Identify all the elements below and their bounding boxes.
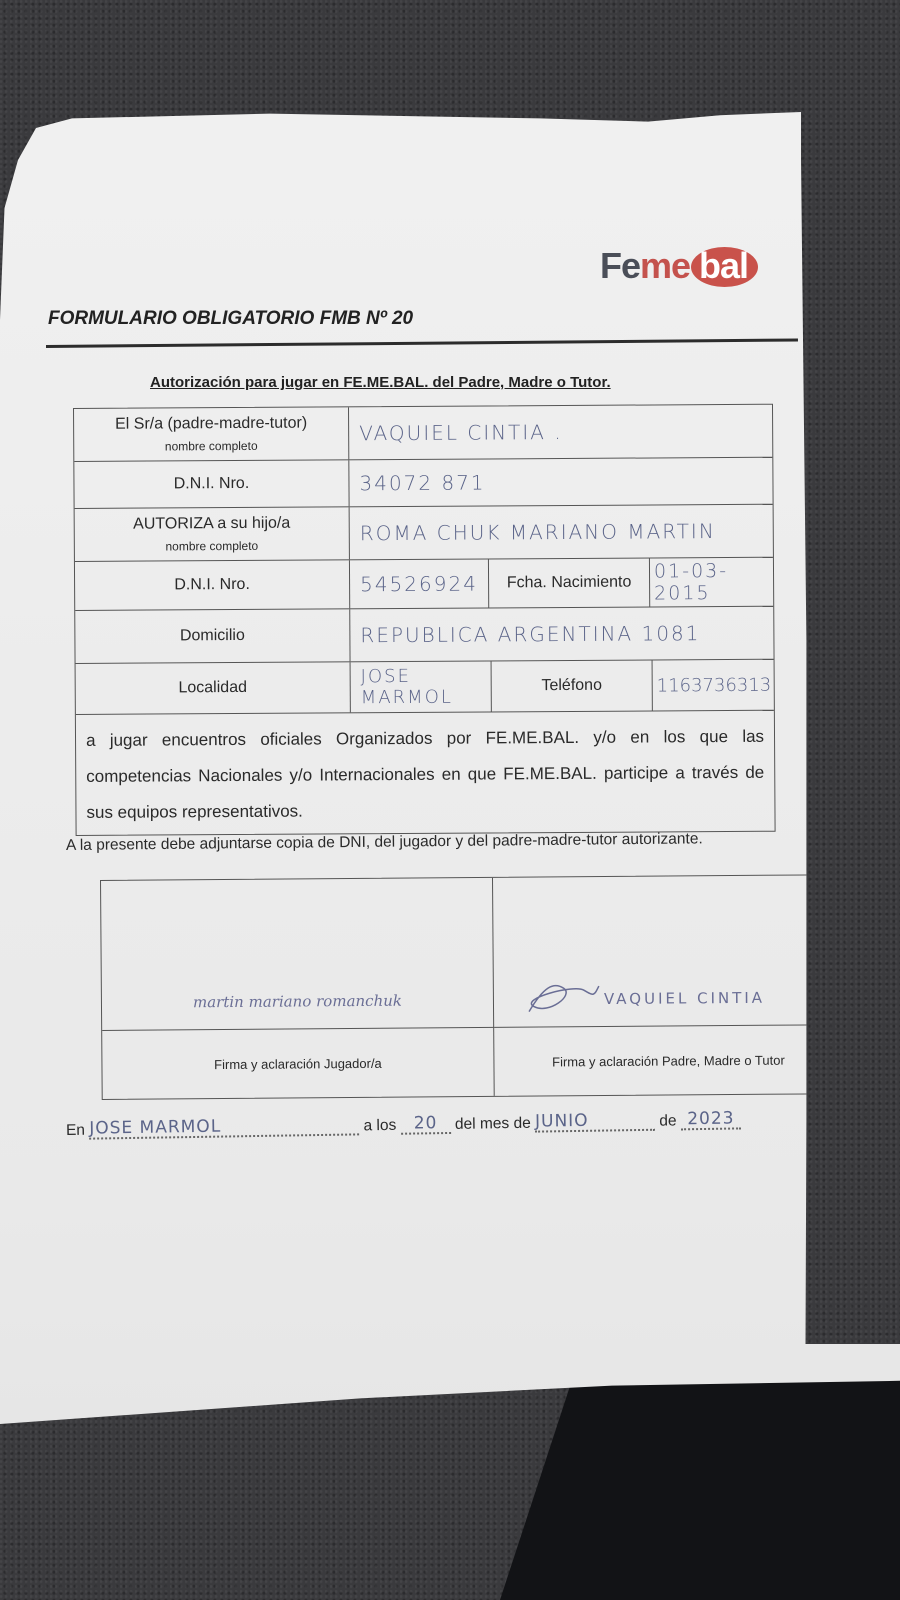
player-signature: martin mariano romanchuk [102,991,493,1012]
address-row: Domicilio REPUBLICA ARGENTINA 1081 [75,607,773,664]
place-date-line: En JOSE MARMOL a los 20 del mes de JUNIO… [66,1108,826,1140]
guardian-dni-label: D.N.I. Nro. [74,460,349,508]
locality-row: Localidad JOSE MARMOL Teléfono 116373631… [76,660,774,715]
authorization-table: El Sr/a (padre-madre-tutor) nombre compl… [73,404,776,836]
signature-table: martin mariano romanchuk VAQUIEL CINTIA … [100,874,844,1100]
guardian-sublabel: nombre completo [165,439,258,454]
guardian-dni-field[interactable]: 34072 871 [349,458,772,507]
guardian-label: El Sr/a (padre-madre-tutor) [115,415,307,434]
address-field[interactable]: REPUBLICA ARGENTINA 1081 [350,607,773,662]
locality-label: Localidad [76,662,351,714]
year-field[interactable]: 2023 [681,1109,741,1130]
child-sublabel: nombre completo [165,539,258,554]
month-prefix: del mes de [455,1115,531,1133]
place-field[interactable]: JOSE MARMOL [89,1115,359,1139]
title-divider [46,338,798,348]
guardian-signature-box[interactable]: VAQUIEL CINTIA [493,875,842,1028]
child-label: AUTORIZA a su hijo/a [133,515,290,534]
child-dni-row: D.N.I. Nro. 54526924 Fcha. Nacimiento 01… [75,558,773,611]
birthdate-label: Fcha. Nacimiento [489,558,650,607]
player-signature-label: Firma y aclaración Jugador/a [102,1028,495,1099]
background-dark-cloth [500,1380,900,1600]
address-label: Domicilio [75,609,350,663]
month-field[interactable]: JUNIO [535,1111,655,1133]
logo-me: me [640,245,690,286]
child-label-cell: AUTORIZA a su hijo/a nombre completo [75,507,350,561]
phone-label: Teléfono [492,660,653,711]
player-signature-box[interactable]: martin mariano romanchuk [101,878,494,1031]
logo-ball-icon: bal [691,247,758,287]
child-dni-field[interactable]: 54526924 [350,559,489,608]
signature-scribble-icon [524,976,604,1017]
logo-fe: Fe [600,245,640,286]
paper-sheet: Femebal FORMULARIO OBLIGATORIO FMB Nº 20… [0,0,900,1600]
child-dni-label: D.N.I. Nro. [75,560,350,610]
form-subtitle: Autorización para jugar en FE.ME.BAL. de… [150,374,611,391]
form-title: FORMULARIO OBLIGATORIO FMB Nº 20 [48,308,413,330]
authorization-text-row: a jugar encuentros oficiales Organizados… [76,711,775,835]
guardian-name-field[interactable]: VAQUIEL CINTIA . [349,405,772,460]
guardian-name-row: El Sr/a (padre-madre-tutor) nombre compl… [74,405,772,462]
birthdate-field[interactable]: 01-03-2015 [650,558,773,607]
year-prefix: de [659,1112,677,1129]
day-field[interactable]: 20 [400,1114,450,1135]
child-name-row: AUTORIZA a su hijo/a nombre completo ROM… [75,505,773,562]
footer-prefix: En [66,1122,85,1139]
guardian-label-cell: El Sr/a (padre-madre-tutor) nombre compl… [74,407,349,461]
authorization-text: a jugar encuentros oficiales Organizados… [76,711,775,835]
child-name-field[interactable]: ROMA CHUK MARIANO MARTIN [350,505,773,560]
guardian-dni-row: D.N.I. Nro. 34072 871 [74,458,772,509]
day-prefix: a los [363,1117,396,1135]
guardian-signature: VAQUIEL CINTIA [604,988,842,1008]
phone-field[interactable]: 1163736313 [653,660,774,711]
locality-field[interactable]: JOSE MARMOL [351,661,492,712]
femebal-logo: Femebal [600,245,758,287]
guardian-signature-label: Firma y aclaración Padre, Madre o Tutor [494,1025,843,1096]
